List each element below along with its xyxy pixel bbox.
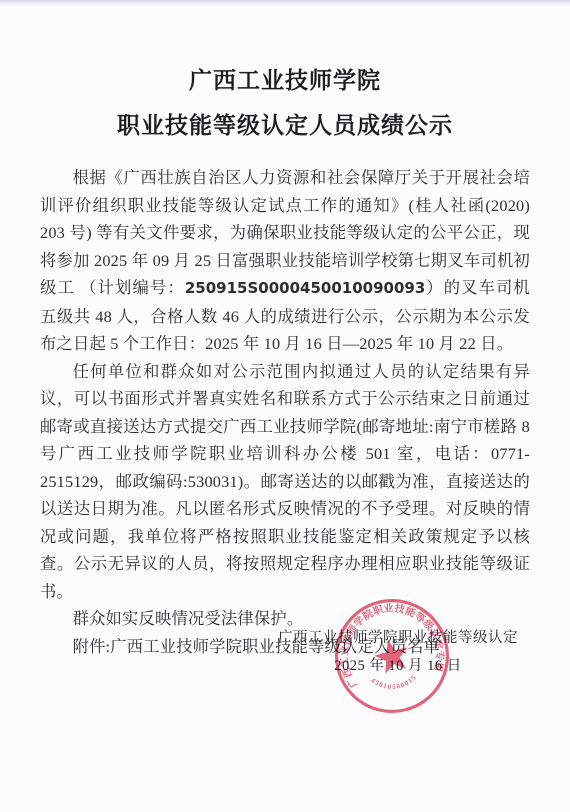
paragraph-objection-procedure: 任何单位和群众如对公示范围内拟通过人员的认定结果有异议，可以书面形式并署真实姓名… xyxy=(40,358,530,606)
signature-block: 广西工业技师学院职业技能等级认定 2025 年 10 月 16 日 xyxy=(278,624,518,680)
doc-title-organization: 广西工业技师学院 xyxy=(40,66,530,96)
plan-number: 250915S0000450010090093 xyxy=(185,279,425,297)
doc-body: 根据《广西壮族自治区人力资源和社会保障厅关于开展社会培训评价组织职业技能等级认定… xyxy=(40,164,530,660)
scan-edge-artifact xyxy=(0,0,570,7)
doc-title-subject: 职业技能等级认定人员成绩公示 xyxy=(40,111,530,141)
document-content: 广西工业技师学院 职业技能等级认定人员成绩公示 根据《广西壮族自治区人力资源和社… xyxy=(40,66,530,660)
signature-org-line: 广西工业技师学院职业技能等级认定 xyxy=(278,624,518,652)
paragraph-intro: 根据《广西壮族自治区人力资源和社会保障厅关于开展社会培训评价组织职业技能等级认定… xyxy=(40,164,530,358)
signature-date-line: 2025 年 10 月 16 日 xyxy=(278,652,518,680)
scanned-document-page: 广西工业技师学院 职业技能等级认定人员成绩公示 根据《广西壮族自治区人力资源和社… xyxy=(0,0,570,812)
